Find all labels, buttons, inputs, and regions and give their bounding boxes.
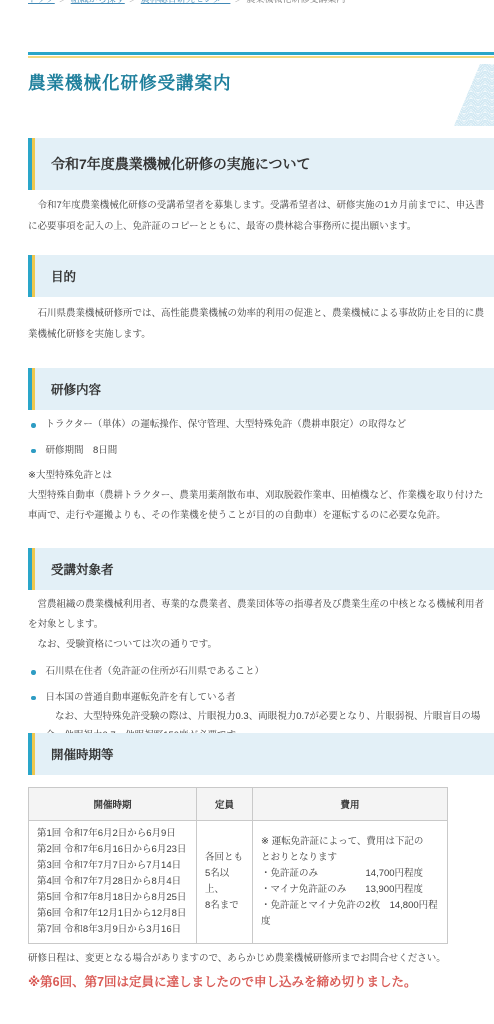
section-heading: 開催時期等 xyxy=(32,745,114,763)
session-row: 第1回 令和7年6月2日から6月9日 xyxy=(37,826,188,842)
section-heading: 目的 xyxy=(32,267,76,285)
list-item: 研修期間 8日間 xyxy=(31,441,485,461)
purpose-paragraph: 石川県農業機械研修所では、高性能農業機械の効率的利用の促進と、農業機械による事故… xyxy=(28,303,485,345)
bullet-icon xyxy=(31,696,36,701)
eligibility-paragraph: 営農組織の農業機械利用者、専業的な農業者、農業団体等の指導者及び農業生産の中核と… xyxy=(28,595,485,655)
page: トップ＞組織から探す＞農林総合研究センター＞農業機械化研修受講案内 農業機械化研… xyxy=(0,0,494,1024)
session-row: 第7回 令和8年3月9日から3月16日 xyxy=(37,922,188,938)
section-header-training-content: 研修内容 xyxy=(28,368,494,410)
breadcrumb-link-home[interactable]: トップ xyxy=(28,0,55,4)
list-item-text: 研修期間 8日間 xyxy=(46,441,118,461)
bullet-icon xyxy=(31,670,36,675)
column-header-schedule: 開催時期 xyxy=(29,788,197,821)
breadcrumb-link-research-center[interactable]: 農林総合研究センター xyxy=(141,0,231,4)
capacity-cell: 各回とも 5名以上、 8名まで xyxy=(197,821,253,944)
section-header-implementation: 令和7年度農業機械化研修の実施について xyxy=(28,138,494,190)
section-heading: 令和7年度農業機械化研修の実施について xyxy=(32,154,311,174)
section-heading: 受講対象者 xyxy=(32,560,114,578)
divider-yellow-line xyxy=(28,56,494,58)
title-divider xyxy=(28,52,494,58)
list-item: 石川県在住者（免許証の住所が石川県であること） xyxy=(31,662,485,682)
session-row: 第6回 令和7年12月1日から12月8日 xyxy=(37,906,188,922)
training-content-list: トラクター（単体）の運転操作、保守管理、大型特殊免許（農耕車限定）の取得など 研… xyxy=(31,415,485,466)
capacity-text: 各回とも 5名以上、 8名まで xyxy=(205,850,244,914)
capacity-full-alert: ※第6回、第7回は定員に達しましたので申し込みを締め切りました。 xyxy=(28,972,417,990)
session-row: 第4回 令和7年7月28日から8月4日 xyxy=(37,874,188,890)
list-item-text: トラクター（単体）の運転操作、保守管理、大型特殊免許（農耕車限定）の取得など xyxy=(46,415,407,435)
session-row: 第3回 令和7年7月7日から7月14日 xyxy=(37,858,188,874)
fee-cell: ※ 運転免許証によって、費用は下記の とおりとなります ・免許証のみ 14,70… xyxy=(253,821,448,944)
list-item: トラクター（単体）の運転操作、保守管理、大型特殊免許（農耕車限定）の取得など xyxy=(31,415,485,435)
column-header-fee: 費用 xyxy=(253,788,448,821)
section-header-purpose: 目的 xyxy=(28,255,494,297)
section-header-eligibility: 受講対象者 xyxy=(28,548,494,590)
session-row: 第2回 令和7年6月16日から6月23日 xyxy=(37,842,188,858)
column-header-capacity: 定員 xyxy=(197,788,253,821)
section-header-schedule: 開催時期等 xyxy=(28,733,494,775)
table-row: 第1回 令和7年6月2日から6月9日 第2回 令和7年6月16日から6月23日 … xyxy=(29,821,448,944)
session-row: 第5回 令和7年8月18日から8月25日 xyxy=(37,890,188,906)
breadcrumb-link-organization[interactable]: 組織から探す xyxy=(71,0,125,4)
breadcrumb-separator: ＞ xyxy=(234,0,242,4)
schedule-table: 開催時期 定員 費用 第1回 令和7年6月2日から6月9日 第2回 令和7年6月… xyxy=(28,787,448,944)
page-title: 農業機械化研修受講案内 xyxy=(28,70,232,95)
table-header-row: 開催時期 定員 費用 xyxy=(29,788,448,821)
breadcrumb-separator: ＞ xyxy=(129,0,137,4)
breadcrumb: トップ＞組織から探す＞農林総合研究センター＞農業機械化研修受講案内 xyxy=(28,0,345,5)
schedule-change-note: 研修日程は、変更となる場合がありますので、あらかじめ農業機械研修所までお問合せく… xyxy=(28,950,446,964)
bullet-icon xyxy=(31,423,36,428)
breadcrumb-separator: ＞ xyxy=(59,0,67,4)
list-item-text: 石川県在住者（免許証の住所が石川県であること） xyxy=(46,662,265,682)
bullet-icon xyxy=(31,449,36,454)
fee-text: ※ 運転免許証によって、費用は下記の とおりとなります ・免許証のみ 14,70… xyxy=(261,834,439,930)
breadcrumb-current-page: 農業機械化研修受講案内 xyxy=(246,0,345,4)
implementation-paragraph: 令和7年度農業機械化研修の受講希望者を募集します。受講希望者は、研修実施の1カ月… xyxy=(28,195,485,237)
wave-pattern-decoration-icon xyxy=(450,64,494,126)
schedule-cell: 第1回 令和7年6月2日から6月9日 第2回 令和7年6月16日から6月23日 … xyxy=(29,821,197,944)
section-heading: 研修内容 xyxy=(32,380,101,398)
license-definition-note: ※大型特殊免許とは 大型特殊自動車（農耕トラクター、農業用薬剤散布車、刈取脱穀作… xyxy=(28,466,485,526)
